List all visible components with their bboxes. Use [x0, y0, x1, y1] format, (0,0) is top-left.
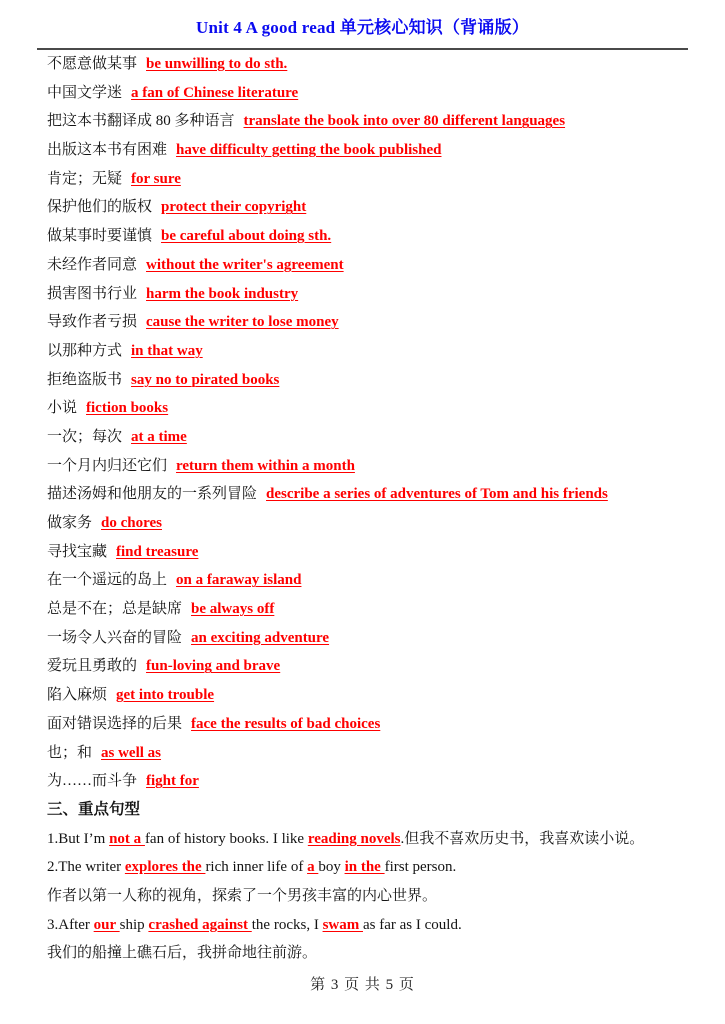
phrase-row: 保护他们的版权protect their copyright — [47, 193, 688, 222]
phrase-english: do chores — [101, 515, 162, 531]
phrase-row: 出版这本书有困难have difficulty getting the book… — [47, 136, 688, 165]
sentence-line: 1.But I’m not a fan of history books. I … — [47, 825, 688, 854]
phrase-chinese: 中国文学迷 — [47, 85, 122, 101]
phrase-english: cause the writer to lose money — [146, 314, 339, 330]
highlighted-phrase: in the — [345, 859, 385, 875]
sentence-text: as far as I could. — [363, 917, 462, 933]
phrase-row: 以那种方式in that way — [47, 337, 688, 366]
phrase-chinese: 在一个遥远的岛上 — [47, 572, 167, 588]
highlighted-phrase: reading novels — [308, 831, 401, 847]
phrase-row: 导致作者亏损cause the writer to lose money — [47, 308, 688, 337]
phrase-row: 肯定；无疑for sure — [47, 165, 688, 194]
phrase-row: 做某事时要谨慎be careful about doing sth. — [47, 222, 688, 251]
page-footer: 第 3 页 共 5 页 — [37, 971, 688, 999]
sentence-text: first person. — [385, 859, 457, 875]
sentence-text: 2.The writer — [47, 859, 125, 875]
phrase-row: 拒绝盗版书say no to pirated books — [47, 366, 688, 395]
phrase-english: have difficulty getting the book publish… — [176, 142, 441, 158]
phrase-english: say no to pirated books — [131, 372, 279, 388]
phrase-row: 损害图书行业harm the book industry — [47, 280, 688, 309]
phrase-chinese: 总是不在；总是缺席 — [47, 601, 182, 617]
phrase-chinese: 未经作者同意 — [47, 257, 137, 273]
sentence-text: 1.But I’m — [47, 831, 109, 847]
phrase-english: find treasure — [116, 544, 198, 560]
phrase-english: return them within a month — [176, 458, 355, 474]
phrase-chinese: 不愿意做某事 — [47, 56, 137, 72]
sentence-section: 1.But I’m not a fan of history books. I … — [47, 825, 688, 968]
sentence-line: 3.After our ship crashed against the roc… — [47, 911, 688, 940]
sentence-line: 2.The writer explores the rich inner lif… — [47, 853, 688, 882]
phrase-row: 爱玩且勇敢的fun-loving and brave — [47, 652, 688, 681]
phrase-english: at a time — [131, 429, 187, 445]
phrase-english: harm the book industry — [146, 286, 298, 302]
phrase-english: an exciting adventure — [191, 630, 329, 646]
phrase-english: for sure — [131, 171, 181, 187]
phrase-english: in that way — [131, 343, 203, 359]
phrase-row: 描述汤姆和他朋友的一系列冒险describe a series of adven… — [47, 480, 688, 509]
highlighted-phrase: not a — [109, 831, 145, 847]
phrase-chinese: 一次；每次 — [47, 429, 122, 445]
phrase-chinese: 陷入麻烦 — [47, 687, 107, 703]
phrase-chinese: 做家务 — [47, 515, 92, 531]
phrase-english: protect their copyright — [161, 199, 306, 215]
phrase-row: 未经作者同意without the writer's agreement — [47, 251, 688, 280]
phrase-row: 在一个遥远的岛上on a faraway island — [47, 566, 688, 595]
phrase-chinese: 一个月内归还它们 — [47, 458, 167, 474]
phrase-chinese: 以那种方式 — [47, 343, 122, 359]
phrase-english: describe a series of adventures of Tom a… — [266, 486, 608, 502]
phrase-chinese: 面对错误选择的后果 — [47, 716, 182, 732]
highlighted-phrase: swam — [323, 917, 363, 933]
document-page: Unit 4 A good read 单元核心知识（背诵版） 不愿意做某事be … — [0, 0, 725, 1024]
phrase-list: 不愿意做某事be unwilling to do sth. 中国文学迷a fan… — [47, 50, 688, 796]
sentence-text: 3.After — [47, 917, 94, 933]
sentence-line: 作者以第一人称的视角，探索了一个男孩丰富的内心世界。 — [47, 882, 688, 911]
phrase-chinese: 保护他们的版权 — [47, 199, 152, 215]
highlighted-phrase: our — [94, 917, 120, 933]
phrase-english: get into trouble — [116, 687, 214, 703]
phrase-chinese: 爱玩且勇敢的 — [47, 658, 137, 674]
phrase-english: fight for — [146, 773, 199, 789]
phrase-chinese: 出版这本书有困难 — [47, 142, 167, 158]
phrase-row: 不愿意做某事be unwilling to do sth. — [47, 50, 688, 79]
phrase-english: fun-loving and brave — [146, 658, 280, 674]
phrase-row: 寻找宝藏find treasure — [47, 538, 688, 567]
phrase-english: without the writer's agreement — [146, 257, 344, 273]
phrase-chinese: 导致作者亏损 — [47, 314, 137, 330]
phrase-chinese: 肯定；无疑 — [47, 171, 122, 187]
phrase-english: a fan of Chinese literature — [131, 85, 298, 101]
sentence-line: 我们的船撞上礁石后，我拼命地往前游。 — [47, 939, 688, 968]
phrase-english: be unwilling to do sth. — [146, 56, 287, 72]
phrase-chinese: 小说 — [47, 400, 77, 416]
sentence-text: boy — [318, 859, 344, 875]
phrase-row: 总是不在；总是缺席be always off — [47, 595, 688, 624]
phrase-chinese: 也；和 — [47, 745, 92, 761]
sentence-text: .但我不喜欢历史书，我喜欢读小说。 — [400, 831, 644, 847]
phrase-chinese: 把这本书翻译成 80 多种语言 — [47, 113, 235, 129]
phrase-row: 把这本书翻译成 80 多种语言translate the book into o… — [47, 107, 688, 136]
phrase-row: 陷入麻烦get into trouble — [47, 681, 688, 710]
phrase-row: 一个月内归还它们return them within a month — [47, 452, 688, 481]
highlighted-phrase: a — [307, 859, 318, 875]
sentence-text: 我们的船撞上礁石后，我拼命地往前游。 — [47, 945, 317, 961]
phrase-chinese: 为……而斗争 — [47, 773, 137, 789]
sentence-text: rich inner life of — [205, 859, 307, 875]
phrase-english: face the results of bad choices — [191, 716, 380, 732]
phrase-row: 中国文学迷a fan of Chinese literature — [47, 79, 688, 108]
section-heading: 三、重点句型 — [47, 796, 688, 825]
phrase-english: be careful about doing sth. — [161, 228, 331, 244]
phrase-english: translate the book into over 80 differen… — [244, 113, 566, 129]
phrase-english: be always off — [191, 601, 274, 617]
phrase-english: as well as — [101, 745, 161, 761]
page-title: Unit 4 A good read 单元核心知识（背诵版） — [37, 0, 688, 39]
sentence-text: 作者以第一人称的视角，探索了一个男孩丰富的内心世界。 — [47, 888, 437, 904]
highlighted-phrase: explores the — [125, 859, 206, 875]
phrase-chinese: 损害图书行业 — [47, 286, 137, 302]
phrase-row: 一次；每次at a time — [47, 423, 688, 452]
phrase-chinese: 寻找宝藏 — [47, 544, 107, 560]
phrase-row: 做家务do chores — [47, 509, 688, 538]
phrase-row: 一场令人兴奋的冒险an exciting adventure — [47, 624, 688, 653]
phrase-chinese: 一场令人兴奋的冒险 — [47, 630, 182, 646]
sentence-text: ship — [120, 917, 149, 933]
phrase-chinese: 描述汤姆和他朋友的一系列冒险 — [47, 486, 257, 502]
phrase-row: 也；和as well as — [47, 739, 688, 768]
sentence-text: the rocks, I — [252, 917, 323, 933]
phrase-english: on a faraway island — [176, 572, 301, 588]
highlighted-phrase: crashed against — [148, 917, 251, 933]
phrase-row: 小说fiction books — [47, 394, 688, 423]
phrase-row: 面对错误选择的后果face the results of bad choices — [47, 710, 688, 739]
phrase-row: 为……而斗争fight for — [47, 767, 688, 796]
phrase-english: fiction books — [86, 400, 168, 416]
phrase-chinese: 拒绝盗版书 — [47, 372, 122, 388]
sentence-text: fan of history books. I like — [145, 831, 308, 847]
phrase-chinese: 做某事时要谨慎 — [47, 228, 152, 244]
